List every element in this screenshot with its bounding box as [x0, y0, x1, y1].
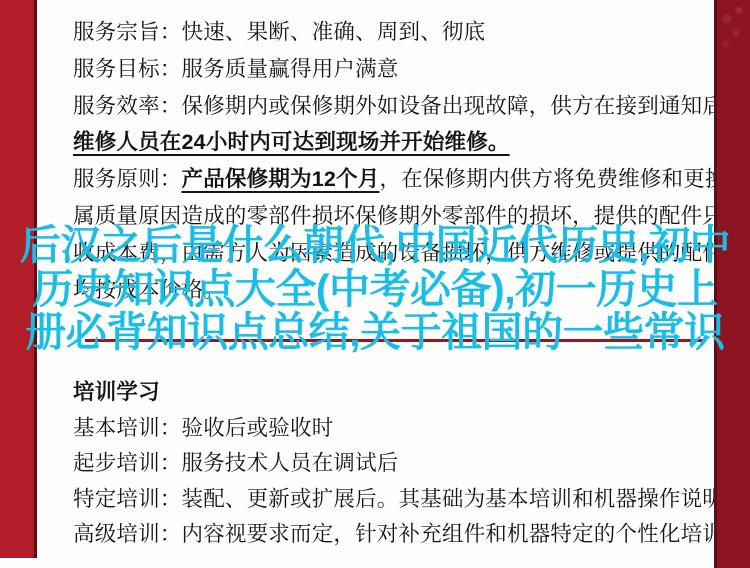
training-section: 培训学习基本培训：验收后或验收时起步培训：服务技术人员在调试后特定培训：装配、更…	[73, 375, 733, 553]
text-segment: 基本培训：验收后或验收时	[73, 416, 333, 440]
overlay-line: 后汉之后是什么朝代,中国近代历史,初中	[0, 224, 750, 268]
text-line: 维修人员在24小时内可达到现场并开始维修。	[73, 124, 733, 161]
text-line: 起步培训：服务技术人员在调试后	[73, 446, 733, 482]
text-segment: 服务效率：保修期内或保修期外如设备出现故障，供方在接到通知后	[73, 94, 724, 118]
overlay-line: 历史知识点大全(中考必备),初一历史上	[0, 268, 750, 312]
text-segment: ，在保修期内供方将免费维修和更换	[379, 167, 726, 191]
text-line: 高级培训：内容视要求而定，针对补充组件和机器特定的个性化培训	[73, 517, 733, 553]
page-canvas: 服务宗旨：快速、果断、准确、周到、彻底服务目标：服务质量赢得用户满意服务效率：保…	[0, 0, 750, 568]
text-line: 基本培训：验收后或验收时	[73, 411, 733, 447]
text-line: 服务宗旨：快速、果断、准确、周到、彻底	[73, 14, 733, 51]
text-segment: 培训学习	[73, 380, 160, 404]
text-segment: 起步培训：服务技术人员在调试后	[73, 451, 399, 475]
text-segment: 产品保修期为12个月	[182, 167, 380, 191]
floral-corner-ornament-icon	[718, 2, 748, 58]
text-segment: 服务原则：	[73, 167, 182, 191]
text-line: 特定培训：装配、更新或扩展后。其基础为基本培训和机器操作说明	[73, 482, 733, 518]
text-line: 服务效率：保修期内或保修期外如设备出现故障，供方在接到通知后	[73, 88, 733, 125]
text-line: 服务目标：服务质量赢得用户满意	[73, 51, 733, 88]
text-segment: 维修人员在24小时内可达到现场并开始维修。	[73, 130, 510, 154]
text-line: 服务原则：产品保修期为12个月，在保修期内供方将免费维修和更换	[73, 161, 733, 198]
text-segment: 高级培训：内容视要求而定，针对补充组件和机器特定的个性化培训	[73, 522, 724, 546]
text-segment: 服务宗旨：快速、果断、准确、周到、彻底	[73, 20, 485, 44]
overlay-line: 册必背知识点总结,关于祖国的一些常识	[0, 311, 750, 355]
text-line: 培训学习	[73, 375, 733, 411]
text-segment: 服务目标：服务质量赢得用户满意	[73, 57, 399, 81]
text-segment: 特定培训：装配、更新或扩展后。其基础为基本培训和机器操作说明	[73, 487, 724, 511]
seo-overlay-headline: 后汉之后是什么朝代,中国近代历史,初中历史知识点大全(中考必备),初一历史上册必…	[0, 224, 750, 355]
